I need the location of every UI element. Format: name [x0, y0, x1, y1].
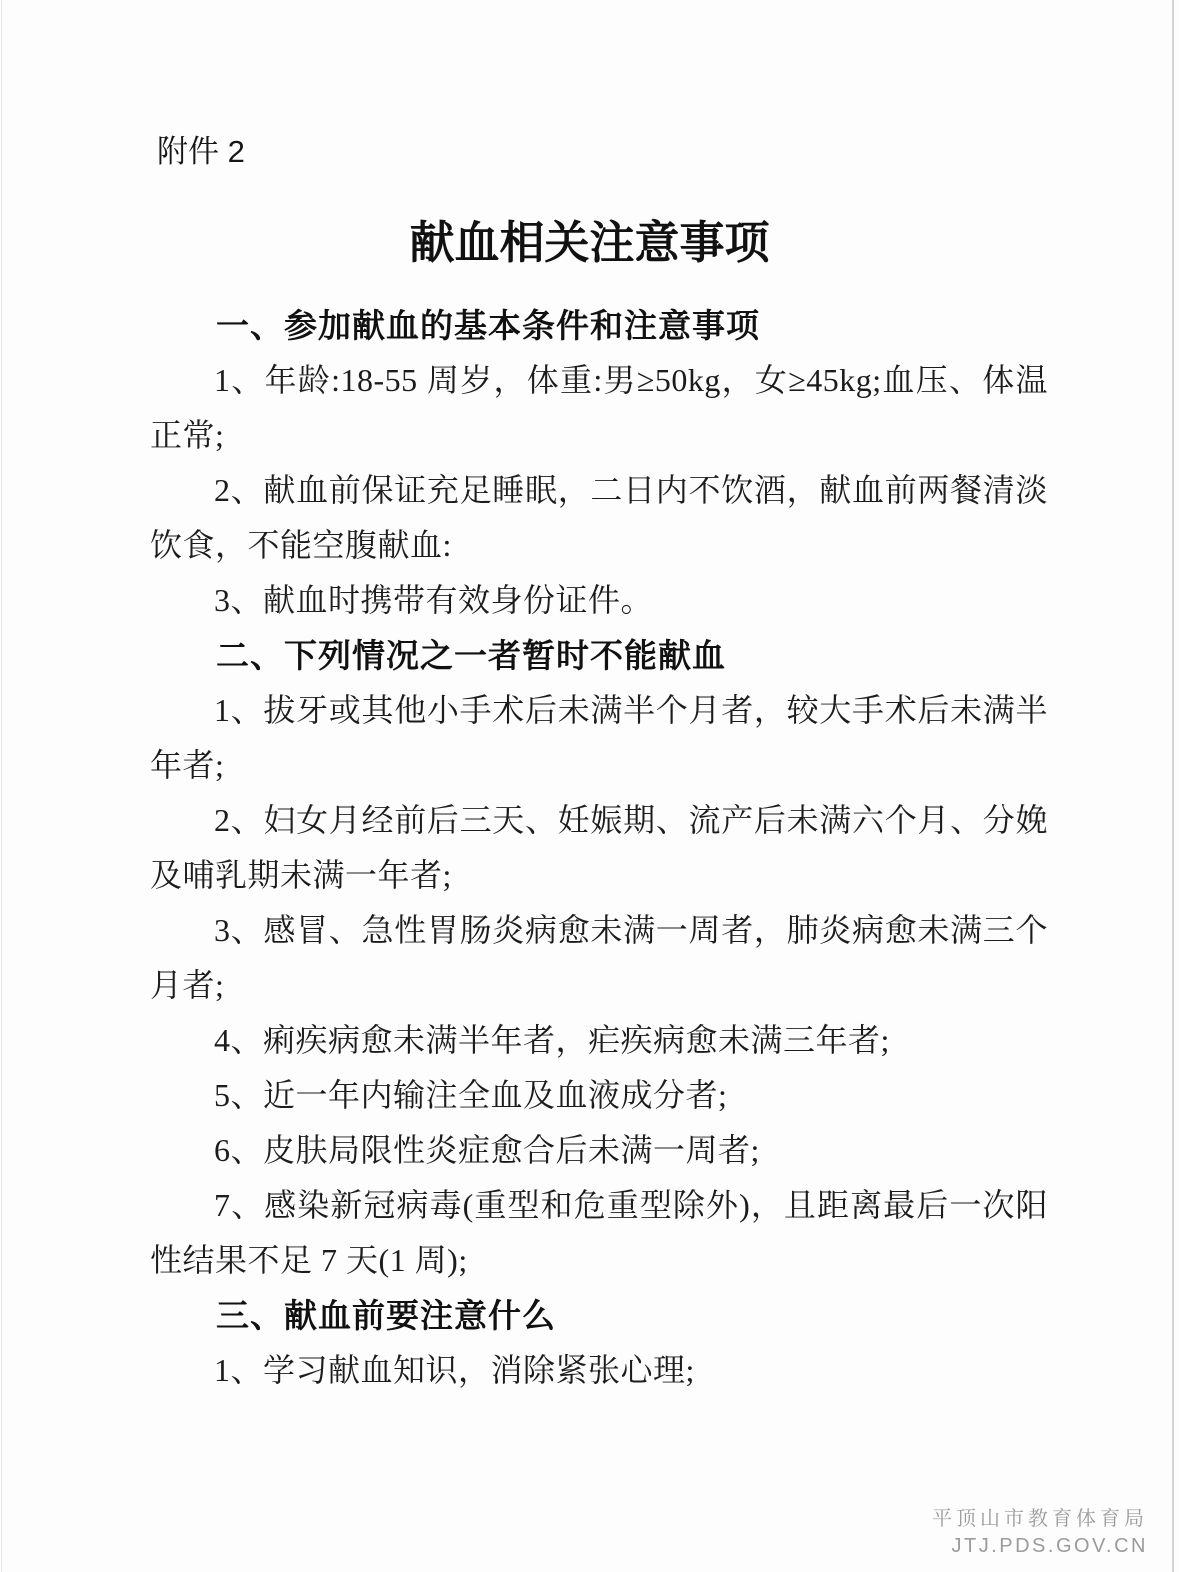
- document-title: 献血相关注意事项: [0, 214, 1179, 272]
- attachment-label: 附件 2: [157, 132, 245, 172]
- section-1-item-3: 3、献血时携带有效身份证件。: [150, 573, 1048, 628]
- section-1-item-1: 1、年龄:18-55 周岁，体重:男≥50kg，女≥45kg;血压、体温正常;: [150, 353, 1048, 463]
- watermark: 平顶山市教育体育局 JTJ.PDS.GOV.CN: [932, 1506, 1148, 1560]
- watermark-organization: 平顶山市教育体育局: [932, 1506, 1148, 1533]
- section-1-heading: 一、参加献血的基本条件和注意事项: [150, 298, 1048, 353]
- section-3-item-1: 1、学习献血知识，消除紧张心理;: [150, 1343, 1048, 1398]
- section-2-heading: 二、下列情况之一者暂时不能献血: [150, 628, 1048, 683]
- section-3-heading: 三、献血前要注意什么: [150, 1288, 1048, 1343]
- watermark-url: JTJ.PDS.GOV.CN: [932, 1533, 1148, 1560]
- section-2-item-7: 7、感染新冠病毒(重型和危重型除外)，且距离最后一次阳性结果不足 7 天(1 周…: [150, 1178, 1048, 1288]
- section-2-item-1: 1、拔牙或其他小手术后未满半个月者，较大手术后未满半年者;: [150, 683, 1048, 793]
- section-2-item-5: 5、近一年内输注全血及血液成分者;: [150, 1068, 1048, 1123]
- document-page: 附件 2 献血相关注意事项 一、参加献血的基本条件和注意事项 1、年龄:18-5…: [0, 0, 1179, 1572]
- section-2-item-2: 2、妇女月经前后三天、妊娠期、流产后未满六个月、分娩及哺乳期未满一年者;: [150, 793, 1048, 903]
- section-1-item-2: 2、献血前保证充足睡眠，二日内不饮酒，献血前两餐清淡饮食，不能空腹献血:: [150, 463, 1048, 573]
- section-2-item-4: 4、痢疾病愈未满半年者，疟疾病愈未满三年者;: [150, 1013, 1048, 1068]
- document-body: 一、参加献血的基本条件和注意事项 1、年龄:18-55 周岁，体重:男≥50kg…: [150, 298, 1048, 1398]
- section-2-item-3: 3、感冒、急性胃肠炎病愈未满一周者，肺炎病愈未满三个月者;: [150, 903, 1048, 1013]
- section-2-item-6: 6、皮肤局限性炎症愈合后未满一周者;: [150, 1123, 1048, 1178]
